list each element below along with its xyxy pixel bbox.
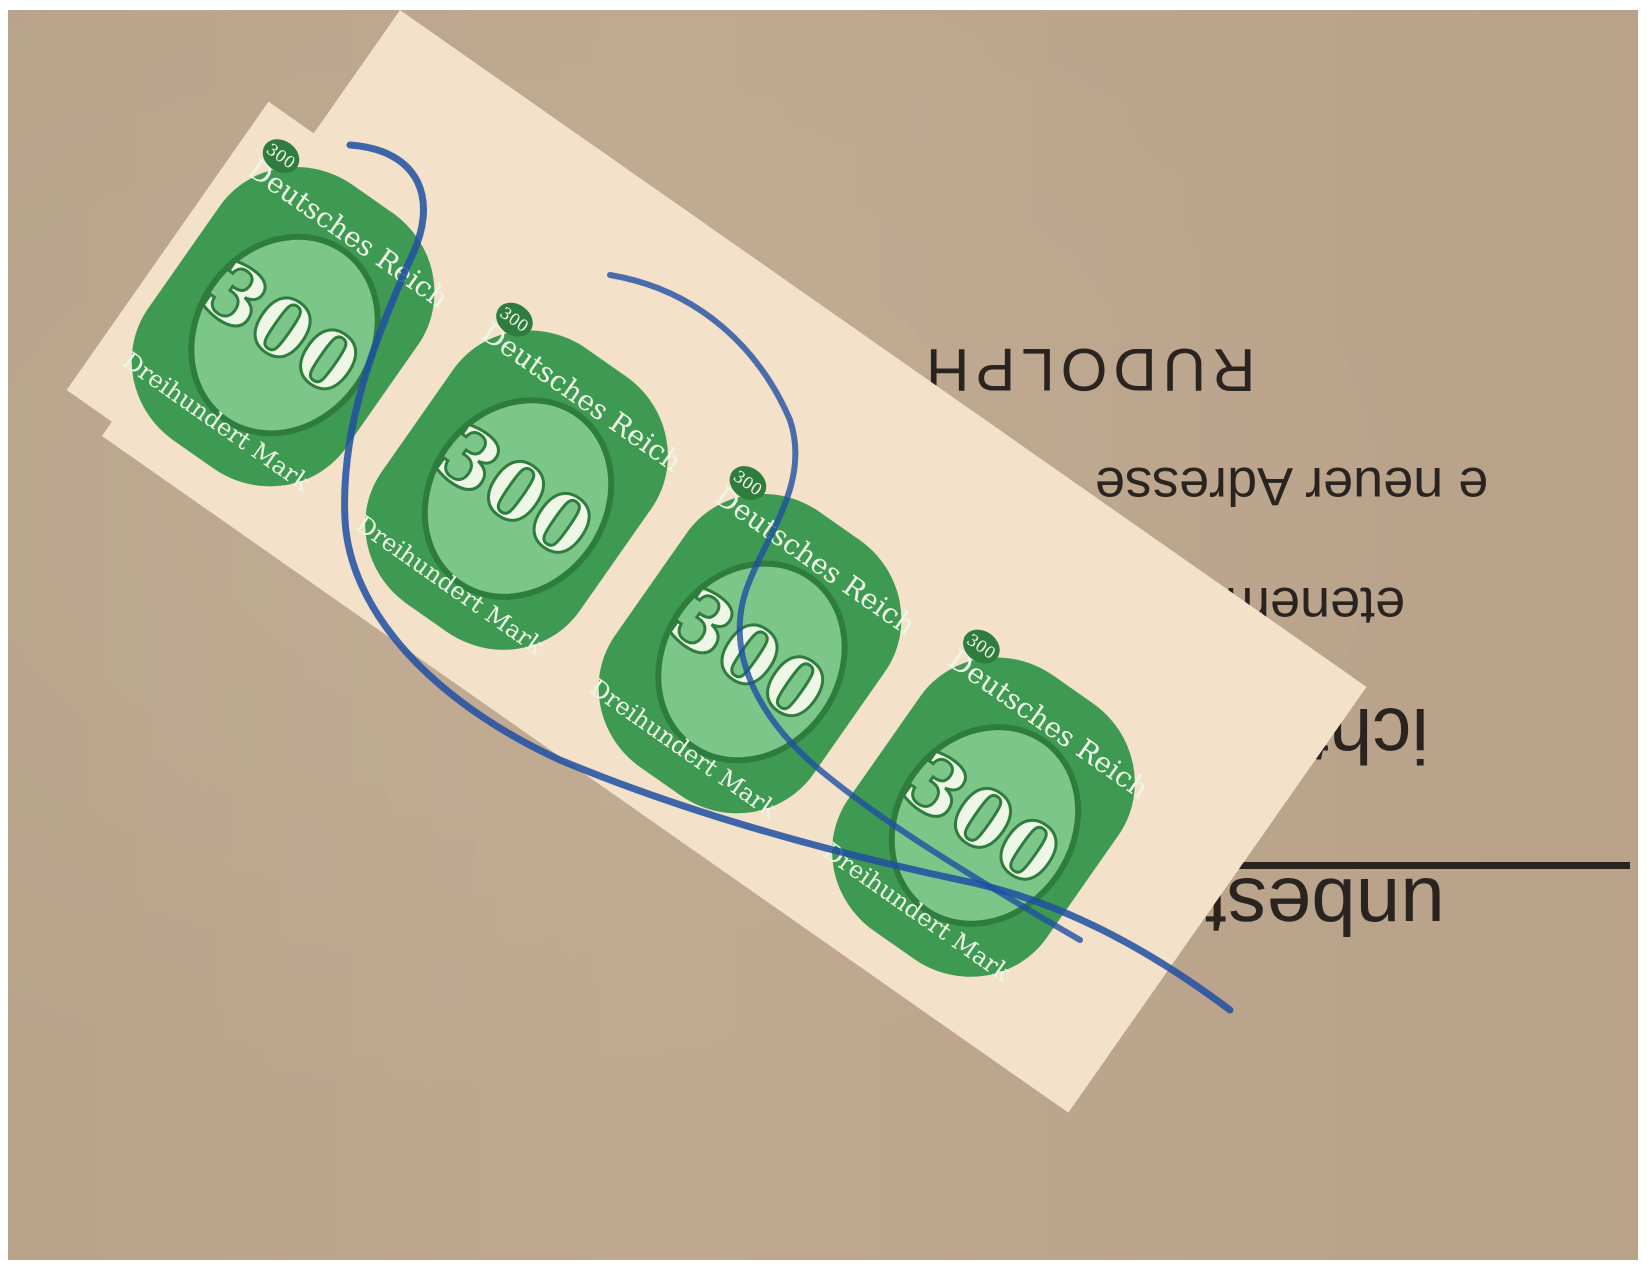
printed-line-2: e neuer Adresse [1095, 455, 1488, 517]
printed-name: RUDOLPH [920, 335, 1255, 404]
